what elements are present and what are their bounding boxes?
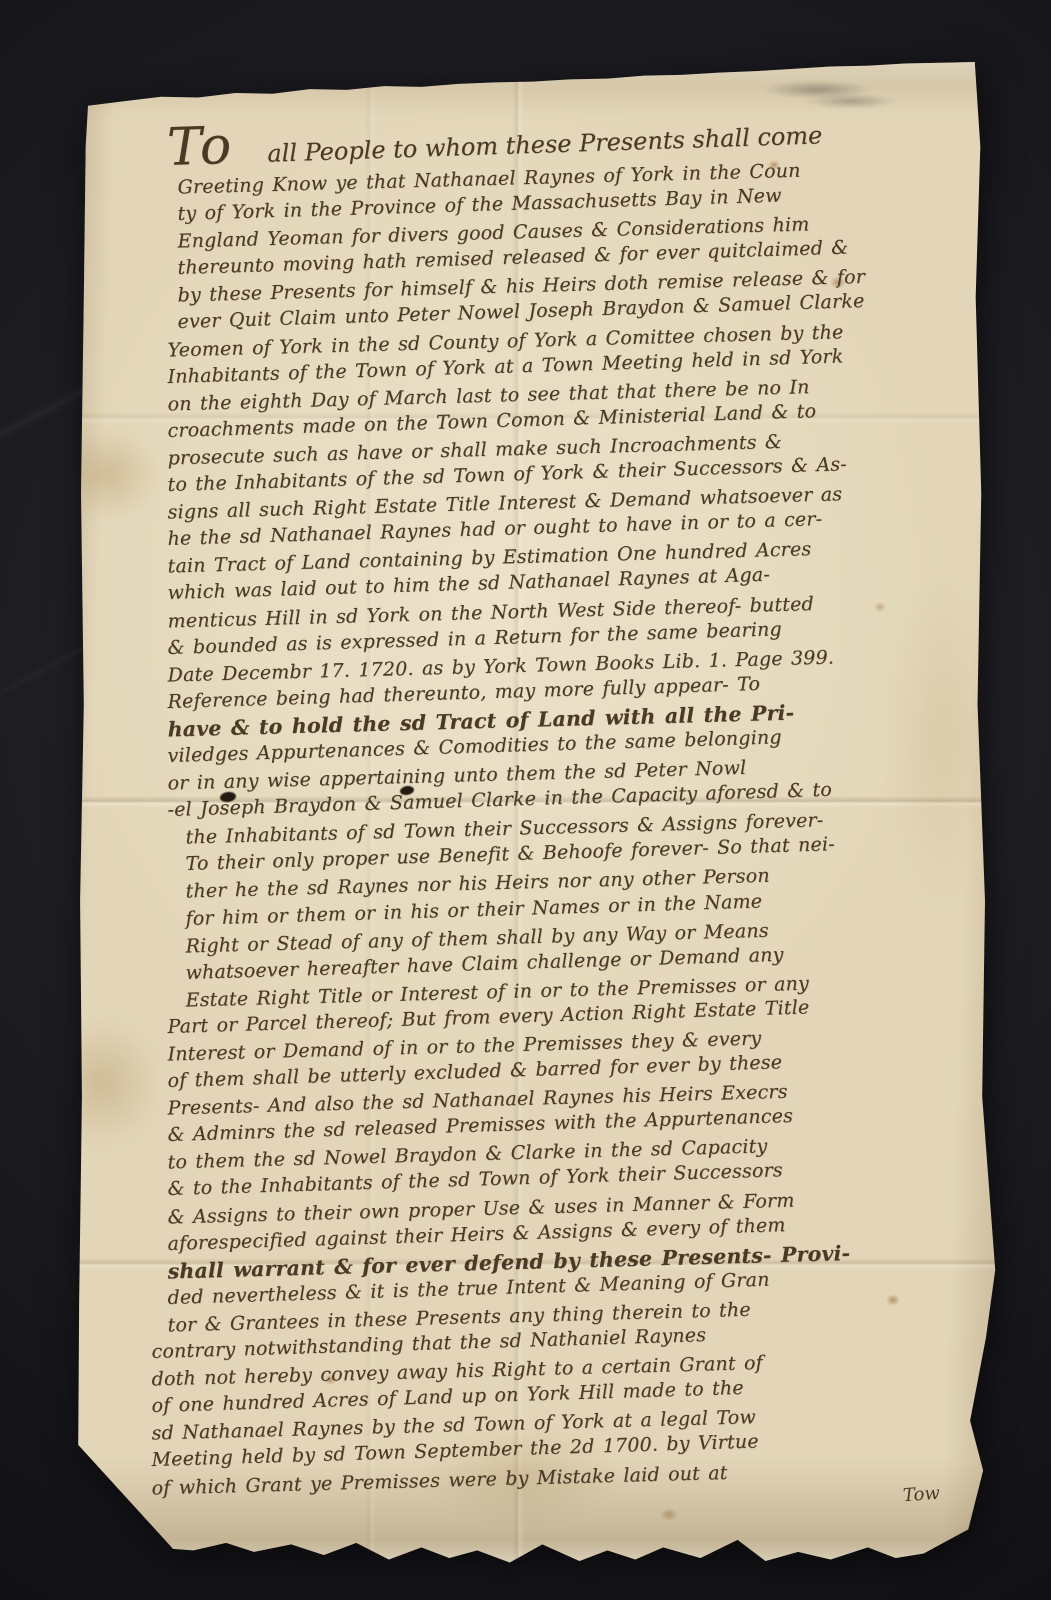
manuscript-paper-wrap: To all People to whom these Presents sha… (68, 56, 998, 1564)
torn-edge-bottom (68, 1534, 998, 1564)
opening-initial: To (166, 126, 233, 168)
manuscript-text: To all People to whom these Presents sha… (68, 128, 998, 1502)
manuscript-lines: Greeting Know ye that Nathanael Raynes o… (168, 174, 950, 1502)
manuscript-catchword: Tow (902, 1483, 940, 1507)
manuscript-paper: To all People to whom these Presents sha… (68, 56, 998, 1564)
photo-backdrop: To all People to whom these Presents sha… (0, 0, 1051, 1600)
foxing-spot (660, 1508, 678, 1521)
